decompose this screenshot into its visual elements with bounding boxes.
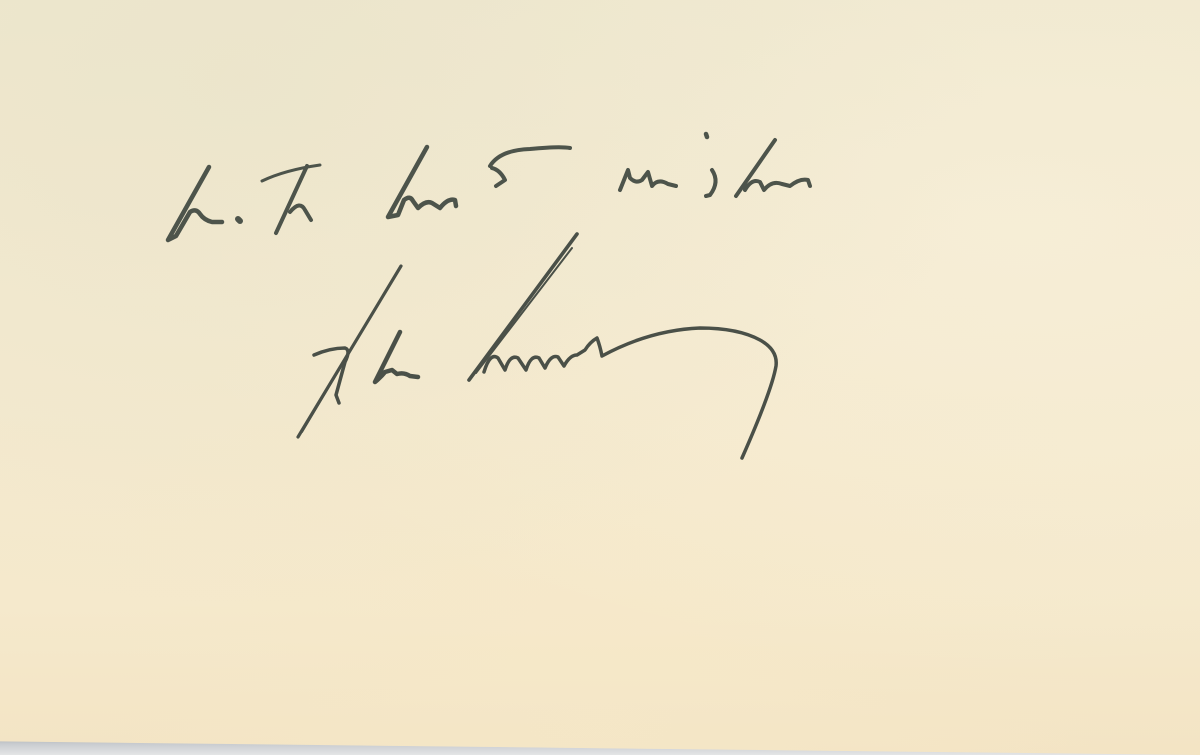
autograph-card: With best wishes John Kennedy: [0, 0, 1200, 755]
signature-handwriting: [298, 234, 776, 458]
inscription-handwriting: [168, 134, 810, 240]
handwriting-layer: [0, 0, 1200, 755]
